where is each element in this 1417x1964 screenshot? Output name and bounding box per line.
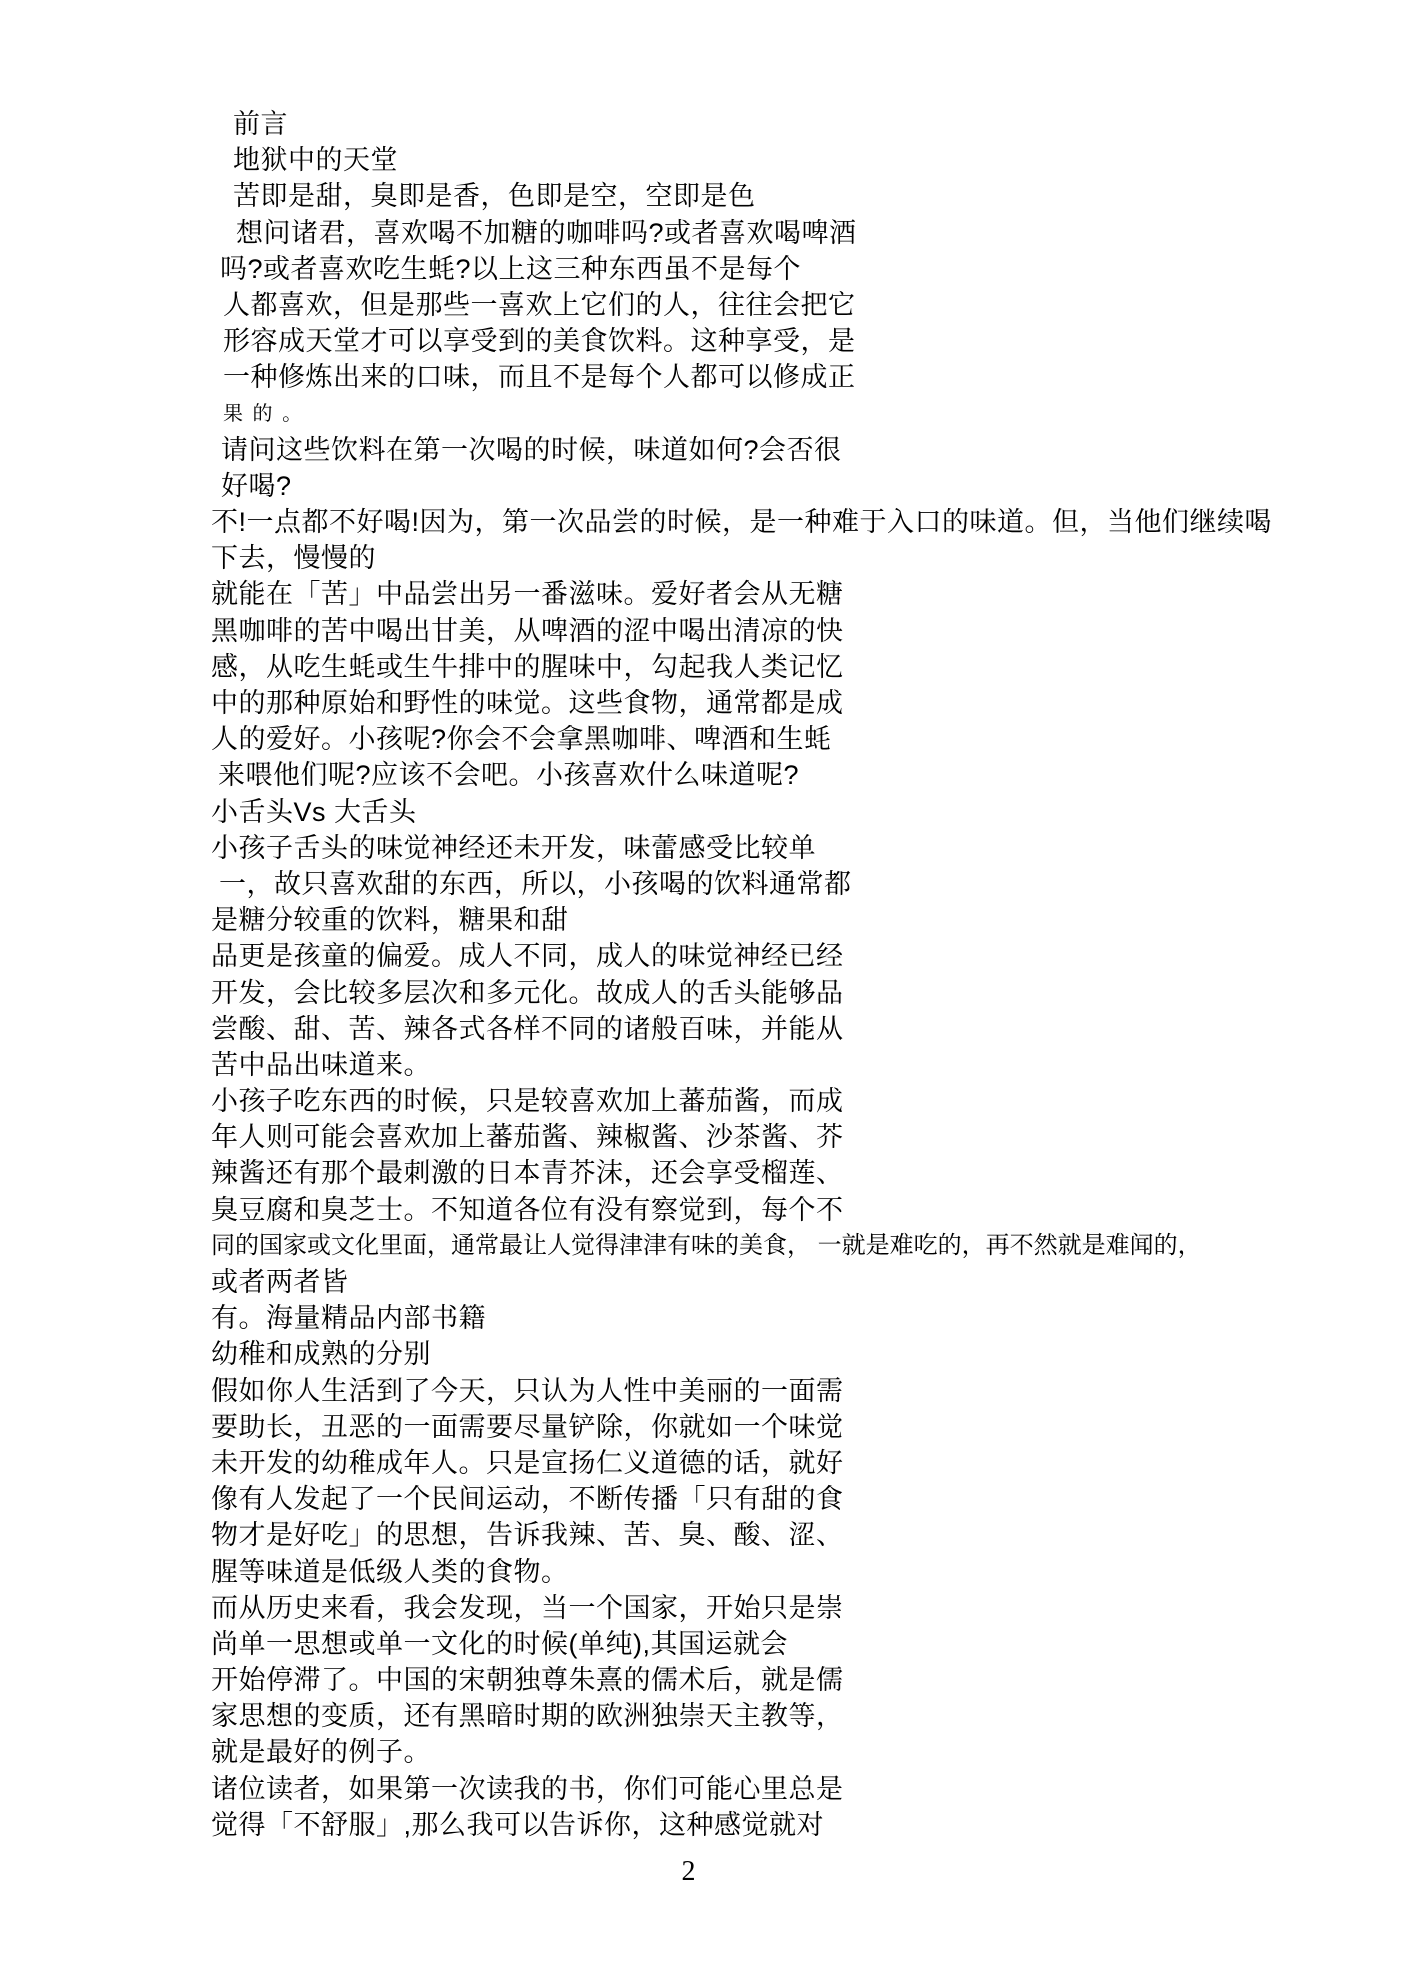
text-line: 下去，慢慢的	[211, 540, 1311, 576]
text-line: 或者两者皆	[211, 1264, 1311, 1300]
text-line: 一种修炼出来的口味，而且不是每个人都可以修成正	[211, 359, 1311, 395]
text-block: 前言地狱中的天堂苦即是甜，臭即是香，色即是空，空即是色想问诸君，喜欢喝不加糖的咖…	[211, 106, 1311, 1843]
text-line: 腥等味道是低级人类的食物。	[211, 1554, 1311, 1590]
text-line: 想问诸君，喜欢喝不加糖的咖啡吗?或者喜欢喝啤酒	[211, 215, 1311, 251]
document-page: 前言地狱中的天堂苦即是甜，臭即是香，色即是空，空即是色想问诸君，喜欢喝不加糖的咖…	[0, 0, 1417, 1964]
text-line: 人都喜欢，但是那些一喜欢上它们的人，往往会把它	[211, 287, 1311, 323]
text-line: 幼稚和成熟的分别	[211, 1336, 1311, 1372]
text-line: 未开发的幼稚成年人。只是宣扬仁义道德的话，就好	[211, 1445, 1311, 1481]
text-line: 吗?或者喜欢吃生蚝?以上这三种东西虽不是每个	[211, 251, 1311, 287]
text-line: 臭豆腐和臭芝士。不知道各位有没有察觉到，每个不	[211, 1192, 1311, 1228]
text-line: 假如你人生活到了今天，只认为人性中美丽的一面需	[211, 1373, 1311, 1409]
text-line: 是糖分较重的饮料，糖果和甜	[211, 902, 1311, 938]
text-line: 感，从吃生蚝或生牛排中的腥味中，勾起我人类记忆	[211, 649, 1311, 685]
text-line: 不!一点都不好喝!因为，第一次品尝的时候，是一种难于入口的味道。但，当他们继续喝	[211, 504, 1311, 540]
text-line: 家思想的变质，还有黑暗时期的欧洲独崇天主教等，	[211, 1698, 1311, 1734]
text-line: 辣酱还有那个最刺激的日本青芥沫，还会享受榴莲、	[211, 1155, 1311, 1191]
text-line: 苦即是甜，臭即是香，色即是空，空即是色	[211, 178, 1311, 214]
text-line: 有。海量精品内部书籍	[211, 1300, 1311, 1336]
text-line: 开始停滞了。中国的宋朝独尊朱熹的儒术后，就是儒	[211, 1662, 1311, 1698]
text-line: 像有人发起了一个民间运动，不断传播「只有甜的食	[211, 1481, 1311, 1517]
text-line: 人的爱好。小孩呢?你会不会拿黑咖啡、啤酒和生蚝	[211, 721, 1311, 757]
text-line: 请问这些饮料在第一次喝的时候，味道如何?会否很	[211, 432, 1311, 468]
text-line: 好喝?	[211, 468, 1311, 504]
text-line: 而从历史来看，我会发现，当一个国家，开始只是崇	[211, 1590, 1311, 1626]
text-line: 小舌头Vs 大舌头	[211, 794, 1311, 830]
text-line: 尚单一思想或单一文化的时候(单纯),其国运就会	[211, 1626, 1311, 1662]
text-line: 品更是孩童的偏爱。成人不同，成人的味觉神经已经	[211, 938, 1311, 974]
text-line: 地狱中的天堂	[211, 142, 1311, 178]
text-line: 要助长，丑恶的一面需要尽量铲除，你就如一个味觉	[211, 1409, 1311, 1445]
text-line: 尝酸、甜、苦、辣各式各样不同的诸般百味，并能从	[211, 1011, 1311, 1047]
text-line: 中的那种原始和野性的味觉。这些食物，通常都是成	[211, 685, 1311, 721]
text-line: 苦中品出味道来。	[211, 1047, 1311, 1083]
text-line: 前言	[211, 106, 1311, 142]
text-line: 小孩子吃东西的时候，只是较喜欢加上蕃茄酱，而成	[211, 1083, 1311, 1119]
text-line: 小孩子舌头的味觉神经还未开发，味蕾感受比较单	[211, 830, 1311, 866]
page-number: 2	[211, 1856, 1166, 1888]
text-line: 同的国家或文化里面，通常最让人觉得津津有味的美食， 一就是难吃的，再不然就是难闻…	[211, 1228, 1311, 1264]
text-line: 就能在「苦」中品尝出另一番滋味。爱好者会从无糖	[211, 576, 1311, 612]
text-line: 来喂他们呢?应该不会吧。小孩喜欢什么味道呢?	[211, 757, 1311, 793]
text-line: 黑咖啡的苦中喝出甘美，从啤酒的涩中喝出清凉的快	[211, 613, 1311, 649]
text-line: 诸位读者，如果第一次读我的书，你们可能心里总是	[211, 1771, 1311, 1807]
text-line: 物才是好吃」的思想，告诉我辣、苦、臭、酸、涩、	[211, 1517, 1311, 1553]
text-line: 一，故只喜欢甜的东西，所以，小孩喝的饮料通常都	[211, 866, 1311, 902]
text-line: 形容成天堂才可以享受到的美食饮料。这种享受，是	[211, 323, 1311, 359]
text-line: 开发，会比较多层次和多元化。故成人的舌头能够品	[211, 975, 1311, 1011]
text-line: 年人则可能会喜欢加上蕃茄酱、辣椒酱、沙茶酱、芥	[211, 1119, 1311, 1155]
text-line: 就是最好的例子。	[211, 1734, 1311, 1770]
text-line: 果 的 。	[211, 396, 1311, 432]
text-line: 觉得「不舒服」,那么我可以告诉你，这种感觉就对	[211, 1807, 1311, 1843]
